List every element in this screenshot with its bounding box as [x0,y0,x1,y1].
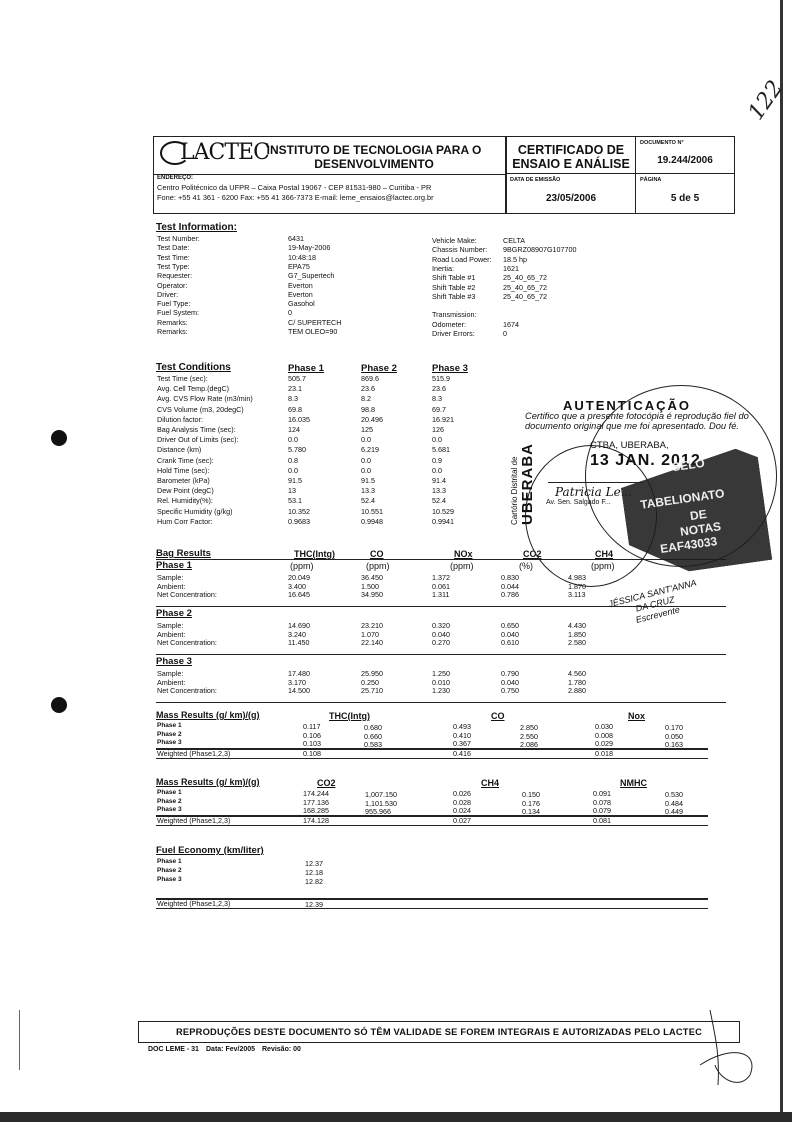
doc-number: 19.244/2006 [636,155,734,166]
authentication-city: CTBA, UBERABA, [590,440,669,451]
handwritten-signature [690,1005,780,1095]
fuel-value: 12.82 [305,877,323,886]
condition-value: 8.2 [361,394,371,403]
notary-signature: Patricia Le... [555,485,632,499]
bag-phase-title: Phase 2 [156,608,192,619]
info-value: 1621 [503,264,519,273]
footer-revision: Revisão: 00 [262,1046,301,1053]
punch-hole [51,430,67,446]
condition-label: Hum Corr Factor: [157,517,213,526]
info-value: C/ SUPERTECH [288,318,341,327]
condition-value: 91.4 [432,476,446,485]
weighted-value: 0.018 [595,749,613,758]
condition-label: Rel. Humidity(%): [157,496,213,505]
bag-value: 0.750 [501,686,519,695]
clerk-stamp: JÉSSICA SANT'ANNA DA CRUZ Escrevente [607,578,703,632]
mass-row-label: Phase 2 [157,731,182,738]
info-label: Inertia: [432,264,454,273]
address-line: Centro Politécnico da UFPR – Caixa Posta… [157,183,431,192]
info-label: Road Load Power: [432,255,492,264]
condition-label: CVS Volume (m3, 20degC) [157,405,244,414]
condition-label: Driver Out of Limits (sec): [157,435,238,444]
authentication-text: Certifico que a presente fotocópia é rep… [525,412,775,431]
bag-value: 1.230 [432,686,450,695]
condition-value: 5.681 [432,445,450,454]
condition-label: Dew Point (degC) [157,486,214,495]
info-label: Test Time: [157,253,190,262]
fuel-economy-title: Fuel Economy (km/liter) [156,845,264,856]
condition-value: 91.5 [288,476,302,485]
bag-column-unit: (%) [519,561,533,571]
notary-office-label: Cartório Distrital de [510,457,519,525]
condition-value: 91.5 [361,476,375,485]
signature-line [548,482,643,483]
condition-value: 10.529 [432,507,454,516]
info-value: 6431 [288,234,304,243]
condition-label: Distance (km) [157,445,201,454]
bag-column-unit: (ppm) [450,561,474,571]
condition-value: 869.6 [361,374,379,383]
condition-value: 6.219 [361,445,379,454]
info-value: 1674 [503,320,519,329]
mass-group-header: NMHC [620,778,647,788]
info-label: Driver Errors: [432,329,475,338]
info-value: Everton [288,281,313,290]
phase-header: Phase 3 [432,363,468,374]
cert-title-line1: CERTIFICADO DE [506,143,636,157]
condition-value: 0.9948 [361,517,383,526]
condition-value: 10.551 [361,507,383,516]
condition-value: 0.0 [432,466,442,475]
bag-value: 0.610 [501,638,519,647]
bag-phase-rule [156,654,726,655]
condition-value: 16.921 [432,415,454,424]
issue-date-label: DATA DE EMISSÃO [510,177,560,183]
info-label: Test Number: [157,234,200,243]
info-label: Requester: [157,271,192,280]
bag-phase-title: Phase 3 [156,656,192,667]
condition-value: 125 [361,425,373,434]
info-value: EPA75 [288,262,310,271]
condition-value: 23.6 [432,384,446,393]
footer-notice: REPRODUÇÕES DESTE DOCUMENTO SÓ TÊM VALID… [138,1021,740,1043]
mass-group-header: Nox [628,711,645,721]
info-value: 19-May-2006 [288,243,330,252]
notary-address: Av. Sen. Salgado F... [546,499,611,506]
condition-value: 20.496 [361,415,383,424]
info-label: Test Date: [157,243,189,252]
weighted-value: 0.416 [453,749,471,758]
bag-row-label: Net Concentration: [157,590,217,599]
weighted-value: 0.027 [453,816,471,825]
lactec-logo: LACTEC [160,140,269,165]
issue-date: 23/05/2006 [506,193,636,204]
bag-value: 0.270 [432,638,450,647]
info-label: Transmission: [432,310,476,319]
info-label: Remarks: [157,327,188,336]
document-header: LACTEC INSTITUTO DE TECNOLOGIA PARA O DE… [153,136,735,214]
condition-value: 23.6 [361,384,375,393]
condition-value: 53.1 [288,496,302,505]
condition-value: 52.4 [432,496,446,505]
condition-value: 124 [288,425,300,434]
info-value: 25_40_65_72 [503,273,547,282]
contact-line: Fone: +55 41 361 - 6200 Fax: +55 41 366-… [157,193,434,202]
address-label: ENDEREÇO: [157,175,193,181]
info-value: 25_40_65_72 [503,283,547,292]
bag-results-title: Bag Results [156,548,211,559]
info-value: 0 [503,329,507,338]
condition-value: 126 [432,425,444,434]
info-label: Fuel System: [157,308,199,317]
condition-value: 0.8 [288,456,298,465]
bag-phase-title: Phase 1 [156,560,192,571]
info-value: Gasohol [288,299,315,308]
condition-label: Test Time (sec): [157,374,208,383]
bag-value: 2.580 [568,638,586,647]
mass-group-header: THC(Intg) [329,711,370,721]
info-label: Chassis Number: [432,245,487,254]
mass-row-label: Phase 2 [157,798,182,805]
bag-column-unit: (ppm) [366,561,390,571]
condition-value: 16.035 [288,415,310,424]
notary-office-vertical: Cartório Distrital deUBERABA [510,443,536,525]
condition-value: 0.9941 [432,517,454,526]
scan-bottom-border [0,1112,792,1122]
condition-value: 0.9 [432,456,442,465]
weighted-rule-bottom [156,825,708,826]
bag-value: 22.140 [361,638,383,647]
info-value: G7_Supertech [288,271,334,280]
bag-value: 34.950 [361,590,383,599]
info-label: Vehicle Make: [432,236,477,245]
bag-value: 16.645 [288,590,310,599]
bag-row-label: Net Concentration: [157,638,217,647]
condition-value: 13.3 [361,486,375,495]
test-conditions-title: Test Conditions [156,362,231,373]
info-value: 18.5 hp [503,255,527,264]
condition-value: 69.7 [432,405,446,414]
mass-row-label: Phase 3 [157,739,182,746]
fuel-row-label: Phase 3 [157,876,182,883]
condition-value: 98.8 [361,405,375,414]
cert-title-line2: ENSAIO E ANÁLISE [506,157,636,171]
page-edge [780,0,783,1122]
bag-value: 25.710 [361,686,383,695]
fuel-rule-top [156,898,708,900]
notary-office-city: UBERABA [519,443,536,525]
footer-doc-code: DOC LEME - 31 [148,1046,199,1053]
condition-value: 23.1 [288,384,302,393]
weighted-rule-top [156,748,708,750]
condition-value: 515.9 [432,374,450,383]
condition-label: Hold Time (sec): [157,466,209,475]
test-information-title: Test Information: [156,222,237,233]
condition-value: 10.352 [288,507,310,516]
bag-value: 2.880 [568,686,586,695]
mass-results-title: Mass Results (g/ km)/(g) [156,710,260,720]
condition-label: Dilution factor: [157,415,203,424]
mass-row-label: Phase 1 [157,789,182,796]
weighted-rule-bottom [156,758,708,759]
fuel-value: 12.18 [305,868,323,877]
info-value: 9BGRZ08907G107700 [503,245,577,254]
bag-phase-rule [156,702,726,703]
fuel-row-label: Phase 2 [157,867,182,874]
condition-value: 13 [288,486,296,495]
condition-value: 0.0 [361,435,371,444]
phase-header: Phase 2 [361,363,397,374]
margin-line [19,1010,20,1070]
info-value: Everton [288,290,313,299]
fuel-rule-bottom [156,908,708,909]
condition-label: Bag Analysis Time (sec): [157,425,236,434]
condition-value: 0.9683 [288,517,310,526]
punch-hole [51,697,67,713]
weighted-label: Weighted (Phase1,2,3) [157,899,230,908]
page-label: PÁGINA [640,177,661,183]
condition-value: 8.3 [432,394,442,403]
weighted-label: Weighted (Phase1,2,3) [157,816,230,825]
info-label: Test Type: [157,262,190,271]
weighted-value: 174.128 [303,816,329,825]
fuel-value: 12.37 [305,859,323,868]
bag-value: 11.450 [288,638,309,647]
info-value: TEM OLEO=90 [288,327,337,336]
condition-value: 69.8 [288,405,302,414]
condition-value: 5.780 [288,445,306,454]
condition-label: Specific Humidity (g/kg) [157,507,233,516]
mass-group-header: CO [491,711,505,721]
info-label: Odometer: [432,320,466,329]
doc-number-label: DOCUMENTO N° [640,140,684,146]
bag-column-header: CO [370,549,384,559]
condition-label: Crank Time (sec): [157,456,214,465]
mass-row-label: Phase 1 [157,722,182,729]
condition-label: Avg. Cell Temp.(degC) [157,384,229,393]
bag-value: 1.311 [432,590,449,599]
info-value: 0 [288,308,292,317]
info-label: Shift Table #2 [432,283,475,292]
condition-value: 8.3 [288,394,298,403]
weighted-label: Weighted (Phase1,2,3) [157,749,230,758]
weighted-value: 0.108 [303,749,321,758]
info-value: CELTA [503,236,525,245]
condition-value: 0.0 [361,466,371,475]
institute-name: INSTITUTO DE TECNOLOGIA PARA O DESENVOLV… [264,143,484,171]
info-label: Remarks: [157,318,188,327]
bag-column-header: NOx [454,549,473,559]
condition-value: 0.0 [432,435,442,444]
condition-value: 52.4 [361,496,375,505]
weighted-rule-top [156,815,708,817]
page-number: 5 de 5 [636,193,734,204]
info-label: Fuel Type: [157,299,190,308]
logo-text: LACTEC [180,140,269,165]
info-value: 25_40_65_72 [503,292,547,301]
footer-date: Data: Fev/2005 [206,1046,255,1053]
mass-row-label: Phase 3 [157,806,182,813]
fuel-row-label: Phase 1 [157,858,182,865]
mass-results-title: Mass Results (g/ km)/(g) [156,777,260,787]
condition-value: 0.0 [361,456,371,465]
bag-value: 14.500 [288,686,310,695]
info-value: 10:48:18 [288,253,316,262]
weighted-value: 0.081 [593,816,611,825]
phase-header: Phase 1 [288,363,324,374]
mass-group-header: CH4 [481,778,499,788]
info-label: Shift Table #1 [432,273,475,282]
condition-label: Barometer (kPa) [157,476,210,485]
info-label: Driver: [157,290,178,299]
condition-label: Avg. CVS Flow Rate (m3/min) [157,394,253,403]
info-label: Shift Table #3 [432,292,475,301]
bag-value: 0.786 [501,590,519,599]
bag-value: 3.113 [568,590,585,599]
condition-value: 13.3 [432,486,446,495]
certificate-title: CERTIFICADO DE ENSAIO E ANÁLISE [506,143,636,171]
condition-value: 505.7 [288,374,306,383]
bag-column-header: THC(Intg) [294,549,335,559]
mass-group-header: CO2 [317,778,336,788]
bag-row-label: Net Concentration: [157,686,217,695]
bag-column-unit: (ppm) [290,561,314,571]
condition-value: 0.0 [288,435,298,444]
info-label: Operator: [157,281,187,290]
condition-value: 0.0 [288,466,298,475]
